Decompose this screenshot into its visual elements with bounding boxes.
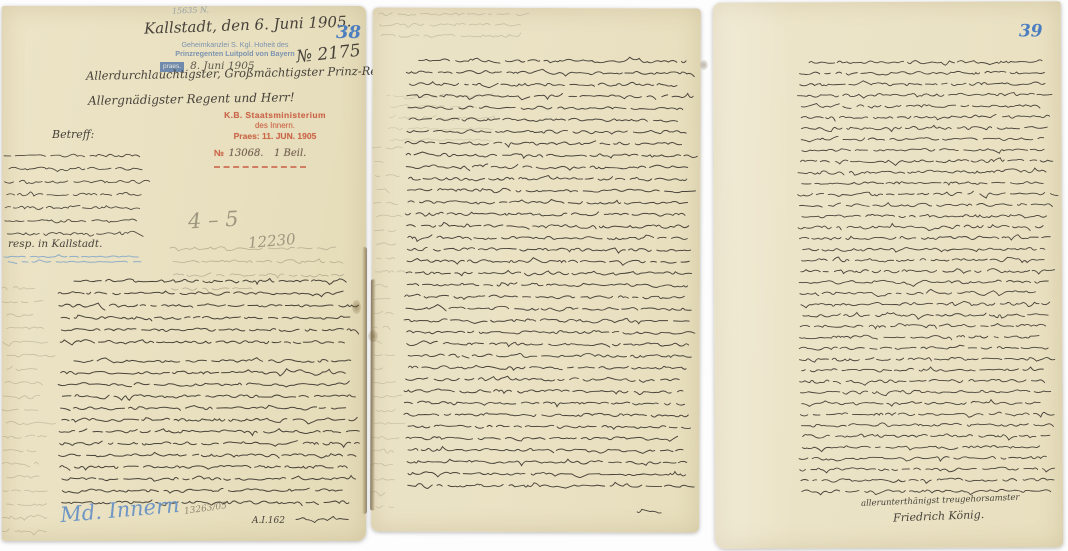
showthrough-left-margin (2, 278, 52, 543)
salutation-line-1: Allerdurchlauchtigster, Großmächtigster … (86, 63, 408, 83)
body-text (403, 52, 697, 497)
document-scan: 15635 N. Kallstadt, den 6. Juni 1905. 38… (0, 0, 1068, 551)
footer-ink-flourish (296, 512, 356, 528)
page-3: 39 allerunterthänigst treugehorsamster F… (713, 1, 1063, 549)
showthrough-top (379, 5, 529, 46)
ministry-stamp: K.B. Staatsministerium des Innern. Praes… (208, 110, 342, 168)
ministry-stamp-number-label: № (214, 148, 224, 158)
footer-ink-number: A.I.162 (252, 516, 285, 526)
margin-last-line: resp. in Kallstadt. (8, 238, 102, 250)
body-text (797, 53, 1057, 501)
chancellery-stamp-line2: Prinzregenten Luitpold von Bayern (152, 49, 318, 58)
enclosure-note: 1 Beil. (274, 148, 306, 159)
age-spot (700, 60, 708, 70)
chancellery-stamp-line1: Geheimkanzlei S. Kgl. Hoheit des (152, 40, 318, 49)
page-1: 15635 N. Kallstadt, den 6. Juni 1905. 38… (2, 6, 366, 541)
stamp-underline (214, 166, 306, 168)
salutation-line-2: Allergnädigster Regent und Herr! (88, 90, 295, 108)
age-spot (352, 300, 361, 314)
page-2 (371, 7, 701, 532)
pencil-pair: 4 – 5 (187, 207, 239, 234)
ministry-stamp-line2: des Innern. (208, 121, 342, 131)
ministry-stamp-line3: Praes: 11. JUN. 1905 (208, 131, 342, 142)
margin-subject-handwriting (4, 146, 150, 245)
signature: Friedrich König. (893, 508, 985, 525)
margin-subject-label: Betreff: (52, 128, 94, 141)
archive-pencil-note: 15635 N. (172, 5, 209, 15)
ministry-stamp-number-value: 13068. (229, 148, 264, 159)
body-paragraph-2 (58, 352, 361, 513)
catchword-flourish (637, 504, 679, 520)
dateline: Kallstadt, den 6. Juni 1905. (144, 12, 352, 37)
ministry-stamp-line1: K.B. Staatsministerium (208, 110, 342, 121)
blue-underline (4, 253, 146, 266)
folio-number-39: 39 (1019, 21, 1043, 41)
body-paragraph-1 (58, 272, 360, 353)
showthrough-left-margin (371, 137, 402, 518)
age-spot (368, 330, 378, 342)
